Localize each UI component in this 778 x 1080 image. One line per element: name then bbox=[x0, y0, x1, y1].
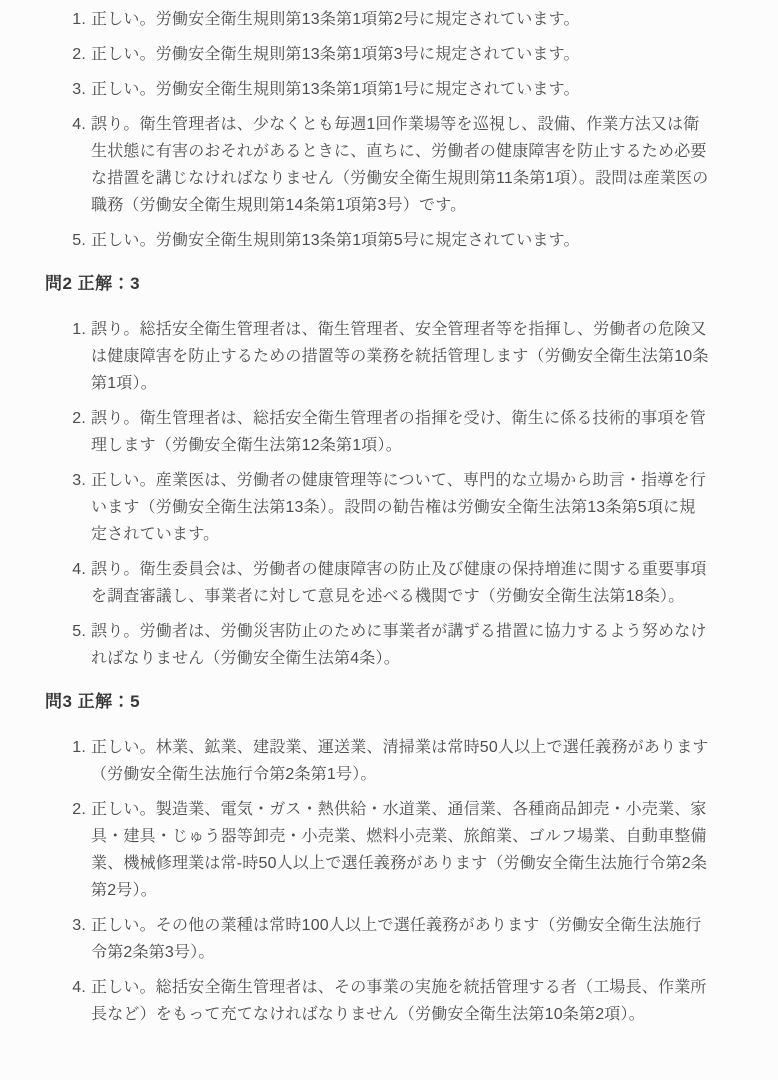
item-text: 正しい。労働安全衛生規則第13条第1項第5号に規定されています。 bbox=[91, 227, 711, 254]
answer-item: 2. 正しい。製造業、電気・ガス・熱供給・水道業、通信業、各種商品卸売・小売業、… bbox=[67, 796, 728, 904]
item-number: 4. bbox=[67, 111, 86, 138]
answer-item: 4. 誤り。衛生管理者は、少なくとも毎週1回作業場等を巡視し、設備、作業方法又は… bbox=[67, 111, 728, 219]
item-number: 5. bbox=[67, 227, 86, 254]
answer-item: 1. 正しい。労働安全衛生規則第13条第1項第2号に規定されています。 bbox=[67, 6, 728, 33]
question-3-heading: 問3 正解：5 bbox=[45, 690, 728, 714]
answer-item: 1. 誤り。総括安全衛生管理者は、衛生管理者、安全管理者等を指揮し、労働者の危険… bbox=[67, 316, 728, 397]
item-text: 正しい。総括安全衛生管理者は、その事業の実施を統括管理する者（工場長、作業所長な… bbox=[91, 974, 711, 1028]
answer-explanation-document: 1. 正しい。労働安全衛生規則第13条第1項第2号に規定されています。 2. 正… bbox=[0, 0, 778, 1046]
item-text: 誤り。労働者は、労働災害防止のために事業者が講ずる措置に協力するよう努めなければ… bbox=[91, 618, 711, 672]
item-text: 正しい。労働安全衛生規則第13条第1項第3号に規定されています。 bbox=[91, 41, 711, 68]
answer-item: 1. 正しい。林業、鉱業、建設業、運送業、清掃業は常時50人以上で選任義務があり… bbox=[67, 734, 728, 788]
question-2-heading: 問2 正解：3 bbox=[45, 272, 728, 296]
item-number: 5. bbox=[67, 618, 86, 645]
item-number: 1. bbox=[67, 316, 86, 343]
item-number: 1. bbox=[67, 734, 86, 761]
answer-list: 1. 正しい。労働安全衛生規則第13条第1項第2号に規定されています。 2. 正… bbox=[45, 6, 728, 254]
item-text: 正しい。製造業、電気・ガス・熱供給・水道業、通信業、各種商品卸売・小売業、家具・… bbox=[91, 796, 711, 904]
answer-item: 3. 正しい。労働安全衛生規則第13条第1項第1号に規定されています。 bbox=[67, 76, 728, 103]
item-text: 正しい。労働安全衛生規則第13条第1項第2号に規定されています。 bbox=[91, 6, 711, 33]
answer-item: 5. 誤り。労働者は、労働災害防止のために事業者が講ずる措置に協力するよう努めな… bbox=[67, 618, 728, 672]
item-number: 2. bbox=[67, 405, 86, 432]
item-number: 3. bbox=[67, 912, 86, 939]
item-text: 正しい。労働安全衛生規則第13条第1項第1号に規定されています。 bbox=[91, 76, 711, 103]
item-number: 1. bbox=[67, 6, 86, 33]
answer-item: 4. 誤り。衛生委員会は、労働者の健康障害の防止及び健康の保持増進に関する重要事… bbox=[67, 556, 728, 610]
answer-item: 3. 正しい。産業医は、労働者の健康管理等について、専門的な立場から助言・指導を… bbox=[67, 467, 728, 548]
item-text: 誤り。衛生管理者は、少なくとも毎週1回作業場等を巡視し、設備、作業方法又は衛生状… bbox=[91, 111, 711, 219]
item-number: 4. bbox=[67, 556, 86, 583]
answer-item: 2. 誤り。衛生管理者は、総括安全衛生管理者の指揮を受け、衛生に係る技術的事項を… bbox=[67, 405, 728, 459]
item-text: 誤り。衛生委員会は、労働者の健康障害の防止及び健康の保持増進に関する重要事項を調… bbox=[91, 556, 711, 610]
answer-item: 4. 正しい。総括安全衛生管理者は、その事業の実施を統括管理する者（工場長、作業… bbox=[67, 974, 728, 1028]
answer-item: 3. 正しい。その他の業種は常時100人以上で選任義務があります（労働安全衛生法… bbox=[67, 912, 728, 966]
item-text: 正しい。その他の業種は常時100人以上で選任義務があります（労働安全衛生法施行令… bbox=[91, 912, 711, 966]
item-text: 正しい。林業、鉱業、建設業、運送業、清掃業は常時50人以上で選任義務があります（… bbox=[91, 734, 711, 788]
answer-item: 5. 正しい。労働安全衛生規則第13条第1項第5号に規定されています。 bbox=[67, 227, 728, 254]
item-text: 誤り。総括安全衛生管理者は、衛生管理者、安全管理者等を指揮し、労働者の危険又は健… bbox=[91, 316, 711, 397]
question-2-section: 問2 正解：3 1. 誤り。総括安全衛生管理者は、衛生管理者、安全管理者等を指揮… bbox=[45, 272, 728, 672]
item-number: 3. bbox=[67, 467, 86, 494]
answer-list: 1. 正しい。林業、鉱業、建設業、運送業、清掃業は常時50人以上で選任義務があり… bbox=[45, 734, 728, 1028]
answer-list: 1. 誤り。総括安全衛生管理者は、衛生管理者、安全管理者等を指揮し、労働者の危険… bbox=[45, 316, 728, 672]
answer-item: 2. 正しい。労働安全衛生規則第13条第1項第3号に規定されています。 bbox=[67, 41, 728, 68]
question-1-section: 1. 正しい。労働安全衛生規則第13条第1項第2号に規定されています。 2. 正… bbox=[45, 6, 728, 254]
item-number: 2. bbox=[67, 796, 86, 823]
item-number: 4. bbox=[67, 974, 86, 1001]
item-text: 正しい。産業医は、労働者の健康管理等について、専門的な立場から助言・指導を行いま… bbox=[91, 467, 711, 548]
item-number: 3. bbox=[67, 76, 86, 103]
item-text: 誤り。衛生管理者は、総括安全衛生管理者の指揮を受け、衛生に係る技術的事項を管理し… bbox=[91, 405, 711, 459]
item-number: 2. bbox=[67, 41, 86, 68]
question-3-section: 問3 正解：5 1. 正しい。林業、鉱業、建設業、運送業、清掃業は常時50人以上… bbox=[45, 690, 728, 1028]
